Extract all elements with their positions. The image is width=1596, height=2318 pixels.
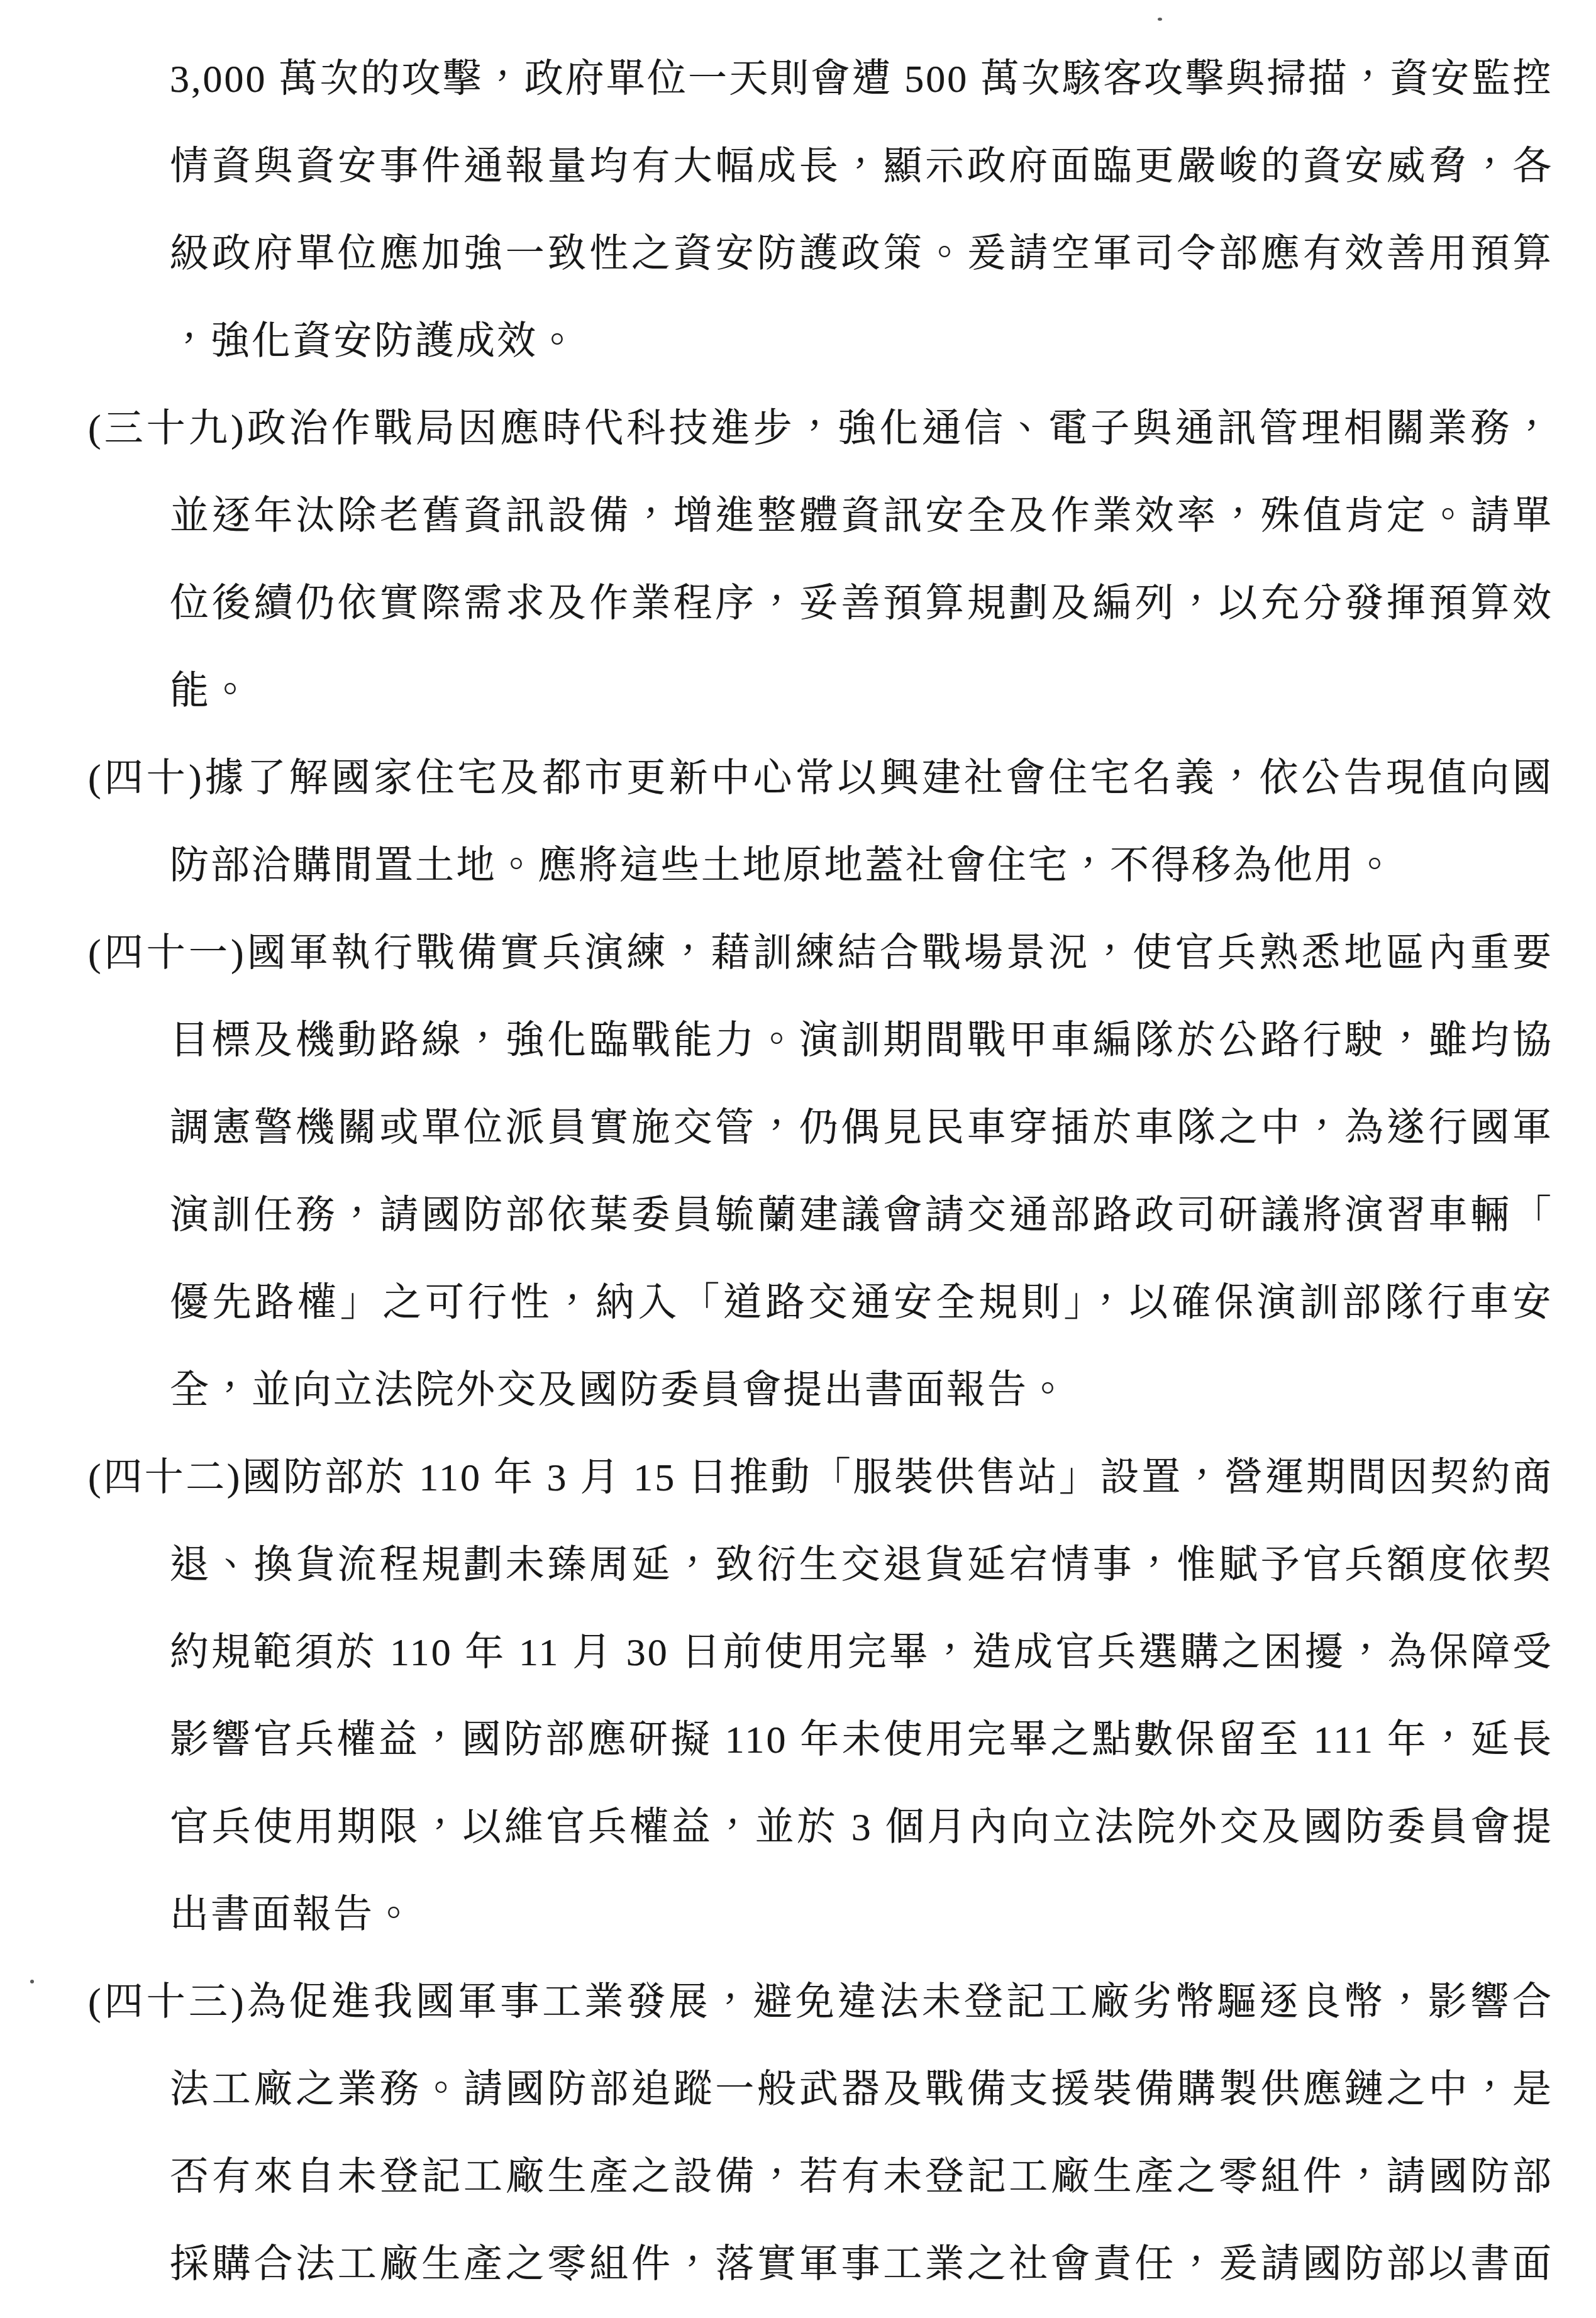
scan-speck <box>1158 18 1162 21</box>
document-page: 3,000 萬次的攻擊，政府單位一天則會遭 500 萬次駭客攻擊與掃描，資安監控… <box>0 0 1596 2318</box>
text-line: 退、換貨流程規劃未臻周延，致衍生交退貨延宕情事，惟賦予官兵額度依契 <box>88 1522 1553 1609</box>
text-line: 防部洽購閒置土地。應將這些土地原地蓋社會住宅，不得移為他用。 <box>88 823 1553 910</box>
item-43-first-line: (四十三)為促進我國軍事工業發展，避免違法未登記工廠劣幣驅逐良幣，影響合 <box>88 1959 1553 2046</box>
text-line: 優先路權」之可行性，納入「道路交通安全規則」，以確保演訓部隊行車安 <box>88 1260 1553 1347</box>
item-40-first-line: (四十)據了解國家住宅及都市更新中心常以興建社會住宅名義，依公告現值向國 <box>88 735 1553 823</box>
text-line: ，強化資安防護成效。 <box>88 298 1553 385</box>
text-line: 能。 <box>88 648 1553 735</box>
item-41-first-line: (四十一)國軍執行戰備實兵演練，藉訓練結合戰場景況，使官兵熟悉地區內重要 <box>88 910 1553 997</box>
scan-speck <box>30 1980 34 1983</box>
text-line: 影響官兵權益，國防部應研擬 110 年未使用完畢之點數保留至 111 年，延長 <box>88 1697 1553 1784</box>
text-line: 出書面報告。 <box>88 1872 1553 1959</box>
text-line: 演訓任務，請國防部依葉委員毓蘭建議會請交通部路政司研議將演習車輛「 <box>88 1172 1553 1260</box>
text-line: 調憲警機關或單位派員實施交管，仍偶見民車穿插於車隊之中，為遂行國軍 <box>88 1085 1553 1172</box>
text-line: 否有來自未登記工廠生產之設備，若有未登記工廠生產之零組件，請國防部 <box>88 2134 1553 2221</box>
text-line: 目標及機動路線，強化臨戰能力。演訓期間戰甲車編隊於公路行駛，雖均協 <box>88 997 1553 1085</box>
resolution-text-block: 3,000 萬次的攻擊，政府單位一天則會遭 500 萬次駭客攻擊與掃描，資安監控… <box>88 36 1553 2309</box>
text-line: 約規範須於 110 年 11 月 30 日前使用完畢，造成官兵選購之困擾，為保障… <box>88 1609 1553 1697</box>
item-42-first-line: (四十二)國防部於 110 年 3 月 15 日推動「服裝供售站」設置，營運期間… <box>88 1434 1553 1522</box>
text-line: 位後續仍依實際需求及作業程序，妥善預算規劃及編列，以充分發揮預算效 <box>88 560 1553 648</box>
text-line: 官兵使用期限，以維官兵權益，並於 3 個月內向立法院外交及國防委員會提 <box>88 1784 1553 1872</box>
text-line: 級政府單位應加強一致性之資安防護政策。爰請空軍司令部應有效善用預算 <box>88 211 1553 298</box>
text-line: 3,000 萬次的攻擊，政府單位一天則會遭 500 萬次駭客攻擊與掃描，資安監控 <box>88 36 1553 123</box>
text-line: 並逐年汰除老舊資訊設備，增進整體資訊安全及作業效率，殊值肯定。請單 <box>88 473 1553 560</box>
text-line: 法工廠之業務。請國防部追蹤一般武器及戰備支援裝備購製供應鏈之中，是 <box>88 2046 1553 2134</box>
text-line: 情資與資安事件通報量均有大幅成長，顯示政府面臨更嚴峻的資安威脅，各 <box>88 123 1553 211</box>
item-39-first-line: (三十九)政治作戰局因應時代科技進步，強化通信、電子與通訊管理相關業務， <box>88 385 1553 473</box>
text-line: 全，並向立法院外交及國防委員會提出書面報告。 <box>88 1347 1553 1434</box>
text-line: 採購合法工廠生產之零組件，落實軍事工業之社會責任，爰請國防部以書面 <box>88 2221 1553 2309</box>
